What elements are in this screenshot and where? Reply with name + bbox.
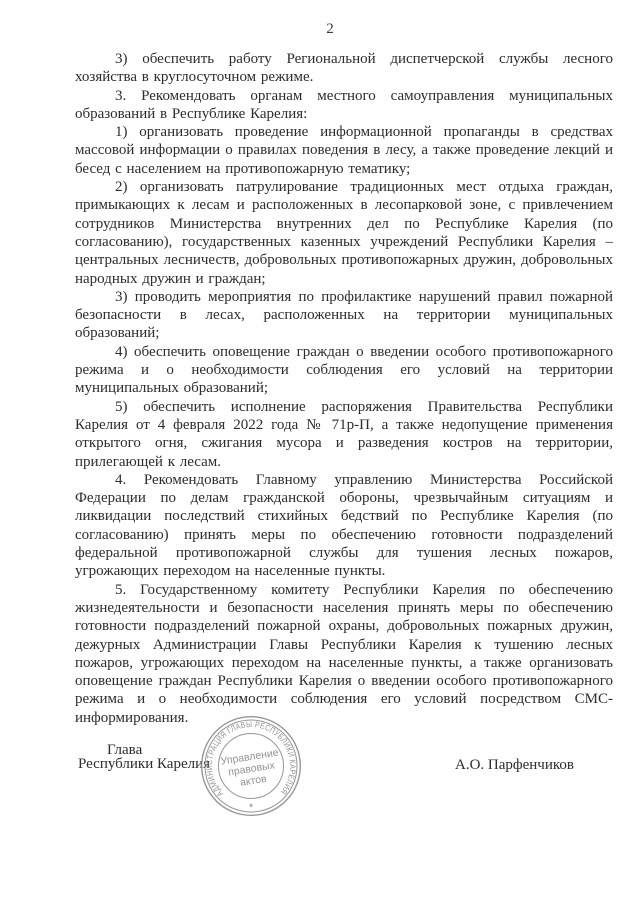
paragraph: 1) организовать проведение информационно… <box>75 123 613 178</box>
paragraph: 2) организовать патрулирование традицион… <box>75 178 613 288</box>
official-stamp: АДМИНИСТРАЦИЯ ГЛАВЫ РЕСПУБЛИКИ КАРЕЛИЯ У… <box>191 706 311 826</box>
paragraph: 3) обеспечить работу Региональной диспет… <box>75 50 613 87</box>
paragraph: 4) обеспечить оповещение граждан о введе… <box>75 343 613 398</box>
page-number: 2 <box>75 21 585 38</box>
signature-block: Глава Республики Карелия А.О. Парфенчико… <box>0 742 637 782</box>
document-page: 2 3) обеспечить работу Региональной дисп… <box>0 0 637 900</box>
stamp-center-text: Управление правовых актов <box>220 747 283 792</box>
stamp-star-icon: ✶ <box>248 802 254 810</box>
document-body: 3) обеспечить работу Региональной диспет… <box>75 50 613 727</box>
paragraph: 5. Государственному комитету Республики … <box>75 581 613 727</box>
paragraph: 3) проводить мероприятия по профилактике… <box>75 288 613 343</box>
paragraph: 4. Рекомендовать Главному управлению Мин… <box>75 471 613 581</box>
paragraph: 3. Рекомендовать органам местного самоуп… <box>75 87 613 124</box>
paragraph: 5) обеспечить исполнение распоряжения Пр… <box>75 398 613 471</box>
signature-name: А.О. Парфенчиков <box>455 757 574 774</box>
